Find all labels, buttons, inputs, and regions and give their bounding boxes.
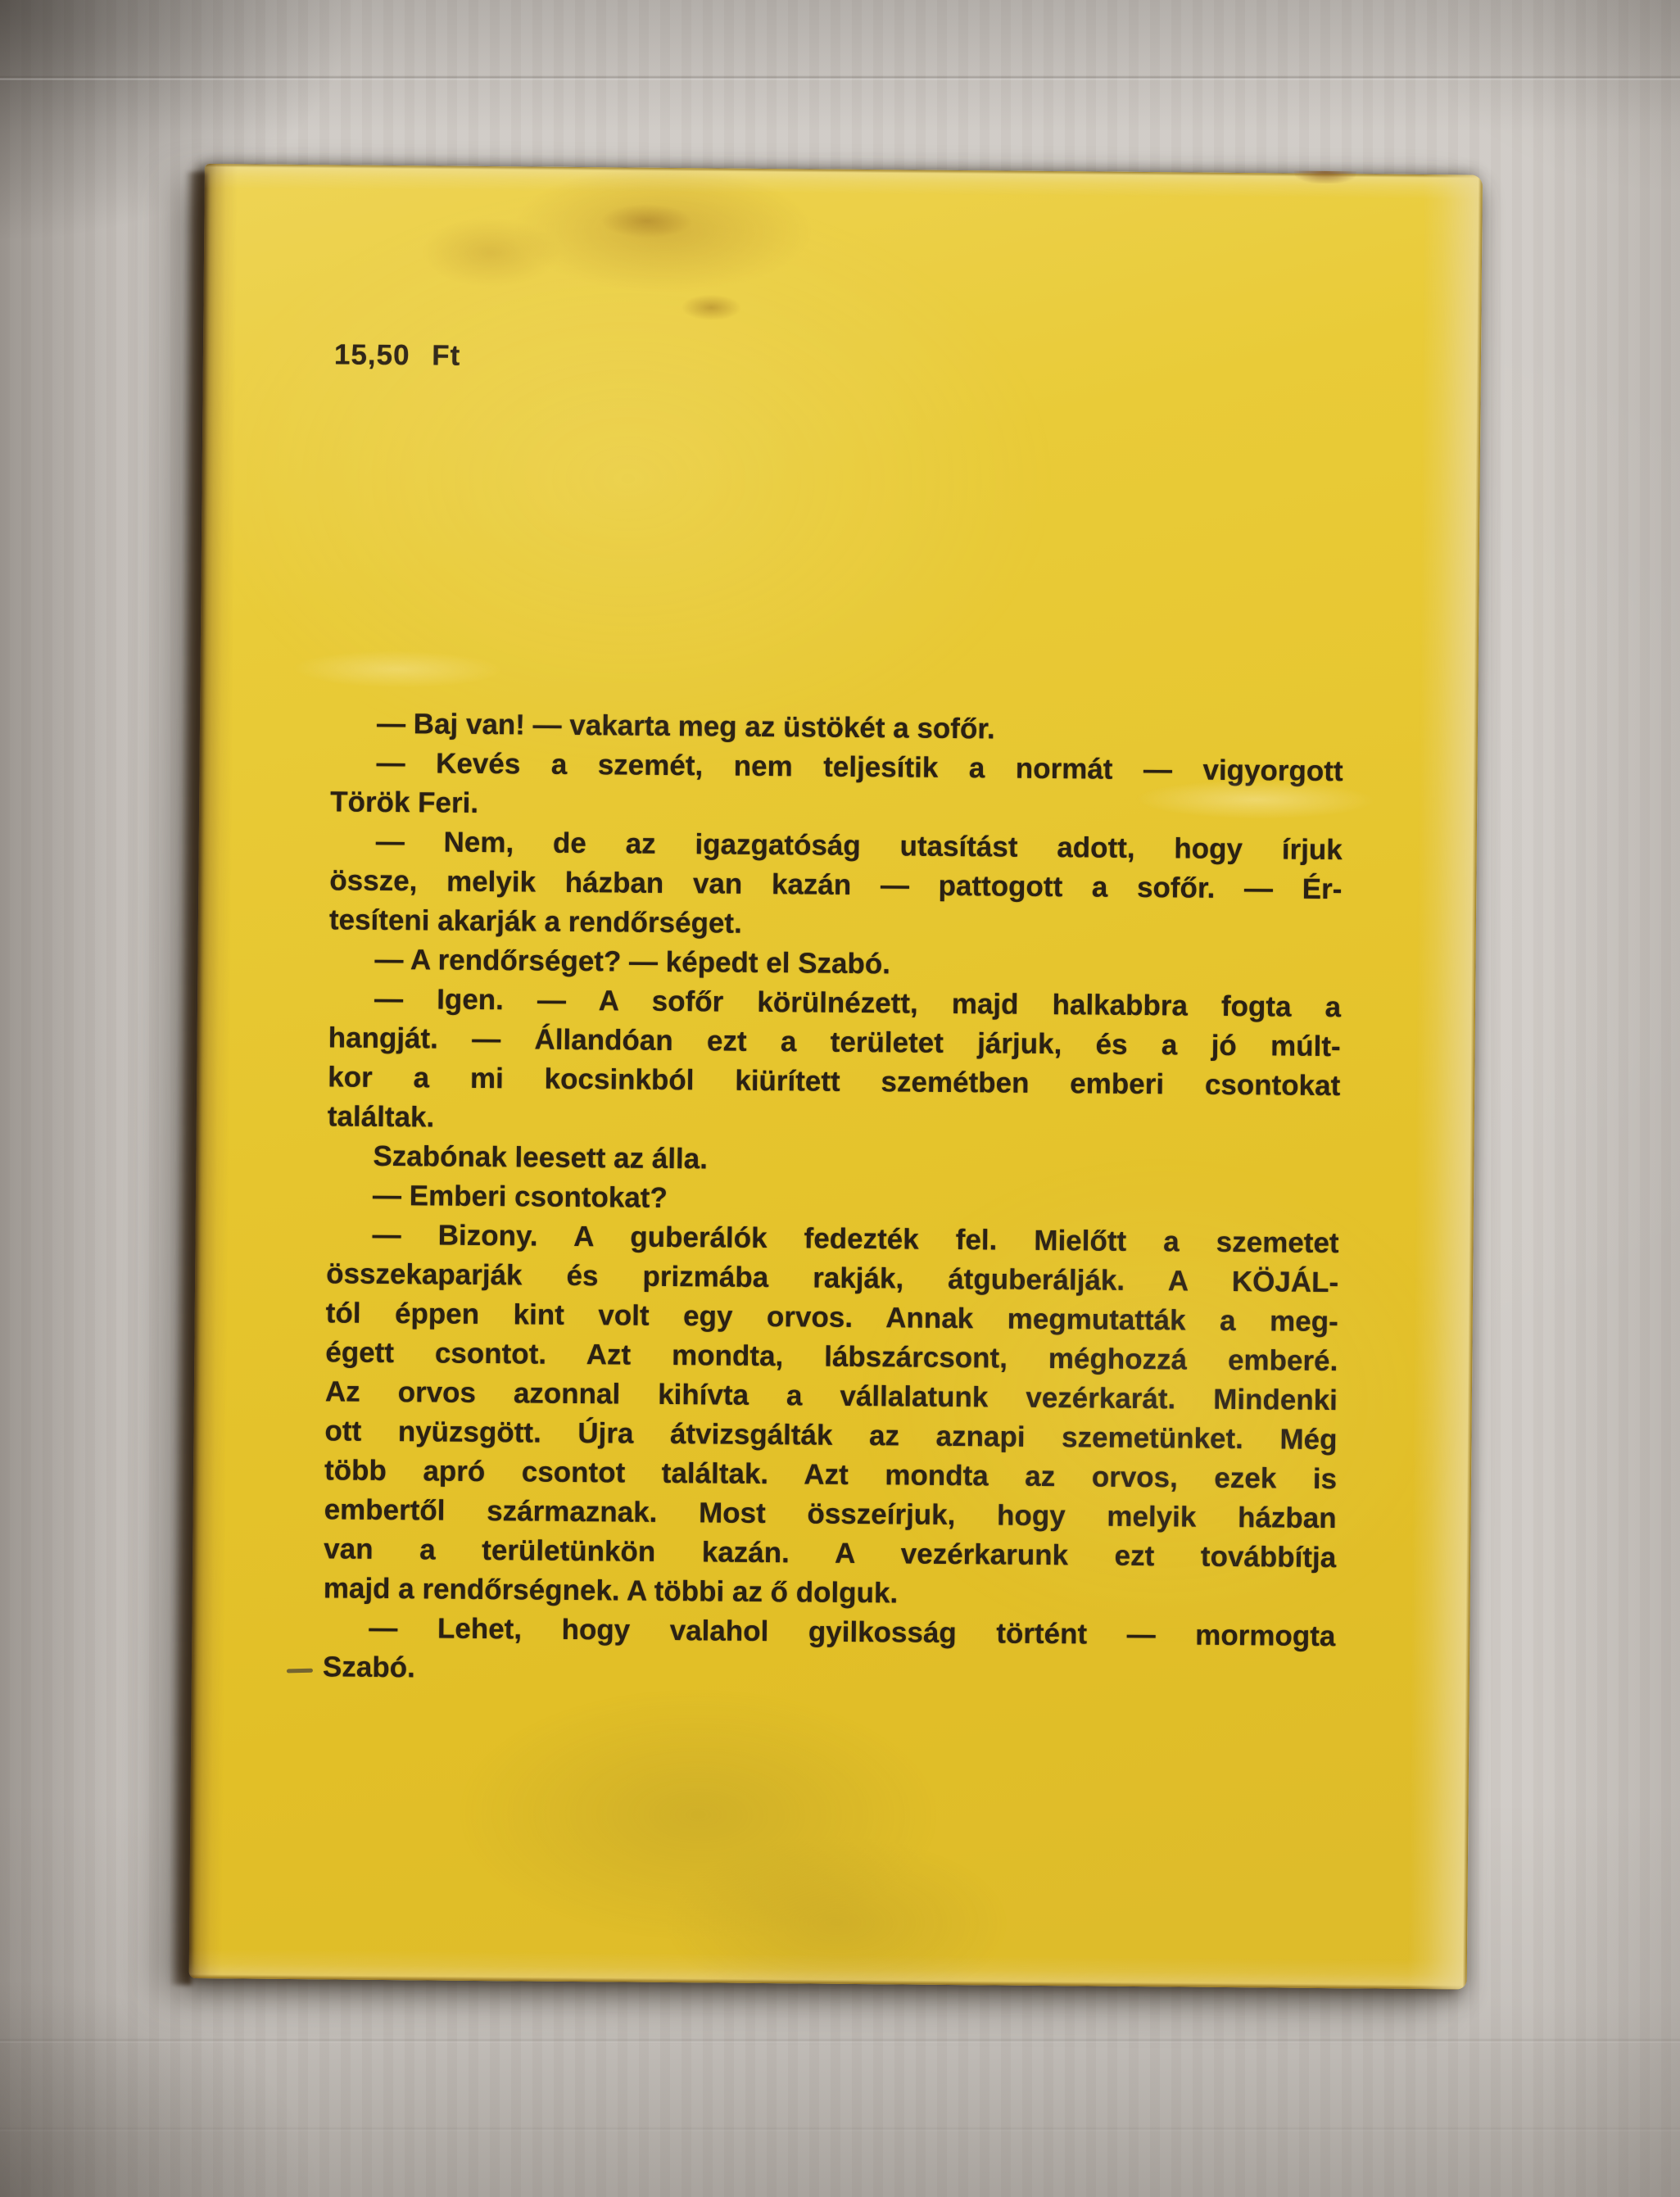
back-cover-text: — Baj van! — vakarta meg az üstökét a so… bbox=[323, 704, 1343, 1696]
price-label: 15,50 Ft bbox=[334, 338, 1347, 380]
photo-backdrop: 15,50 Ft — Baj van! — vakarta meg az üst… bbox=[0, 0, 1680, 2197]
top-edge-chip bbox=[1294, 171, 1356, 184]
cardboard-seam-bottom bbox=[0, 2038, 1680, 2043]
cover-content: 15,50 Ft — Baj van! — vakarta meg az üst… bbox=[323, 338, 1347, 1696]
pencil-mark bbox=[287, 1669, 313, 1674]
cardboard-seam-bottom-2 bbox=[0, 2127, 1680, 2131]
book-back-cover: 15,50 Ft — Baj van! — vakarta meg az üst… bbox=[189, 164, 1483, 1990]
cardboard-seam-top bbox=[0, 75, 1680, 80]
